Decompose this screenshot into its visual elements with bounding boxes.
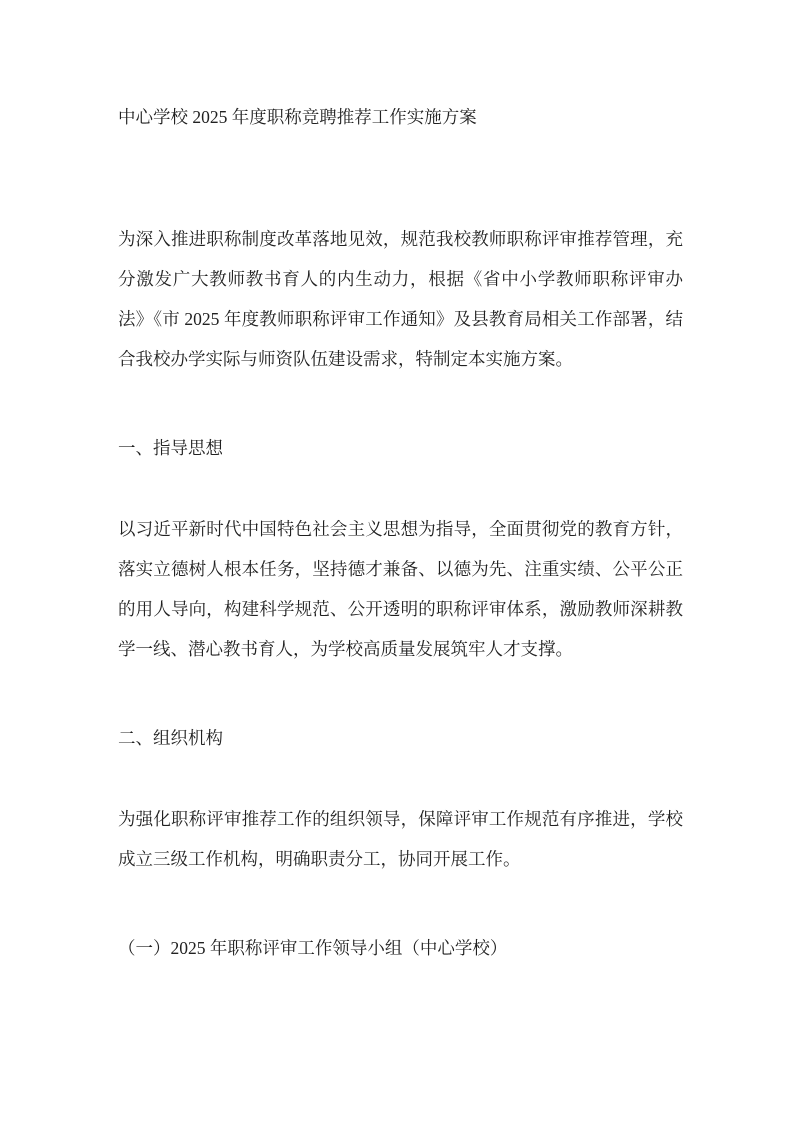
heading-guiding-ideology: 一、指导思想 <box>118 428 683 468</box>
paragraph-organization: 为强化职称评审推荐工作的组织领导，保障评审工作规范有序推进，学校成立三级工作机构… <box>118 799 683 879</box>
intro-paragraph: 为深入推进职称制度改革落地见效，规范我校教师职称评审推荐管理，充分激发广大教师教… <box>118 219 683 379</box>
subheading-leading-group: （一）2025 年职称评审工作领导小组（中心学校） <box>118 928 683 968</box>
document-title: 中心学校 2025 年度职称竞聘推荐工作实施方案 <box>118 97 683 137</box>
document-page: 中心学校 2025 年度职称竞聘推荐工作实施方案 为深入推进职称制度改革落地见效… <box>0 0 793 1122</box>
heading-organization: 二、组织机构 <box>118 718 683 758</box>
paragraph-guiding-ideology: 以习近平新时代中国特色社会主义思想为指导，全面贯彻党的教育方针，落实立德树人根本… <box>118 509 683 669</box>
